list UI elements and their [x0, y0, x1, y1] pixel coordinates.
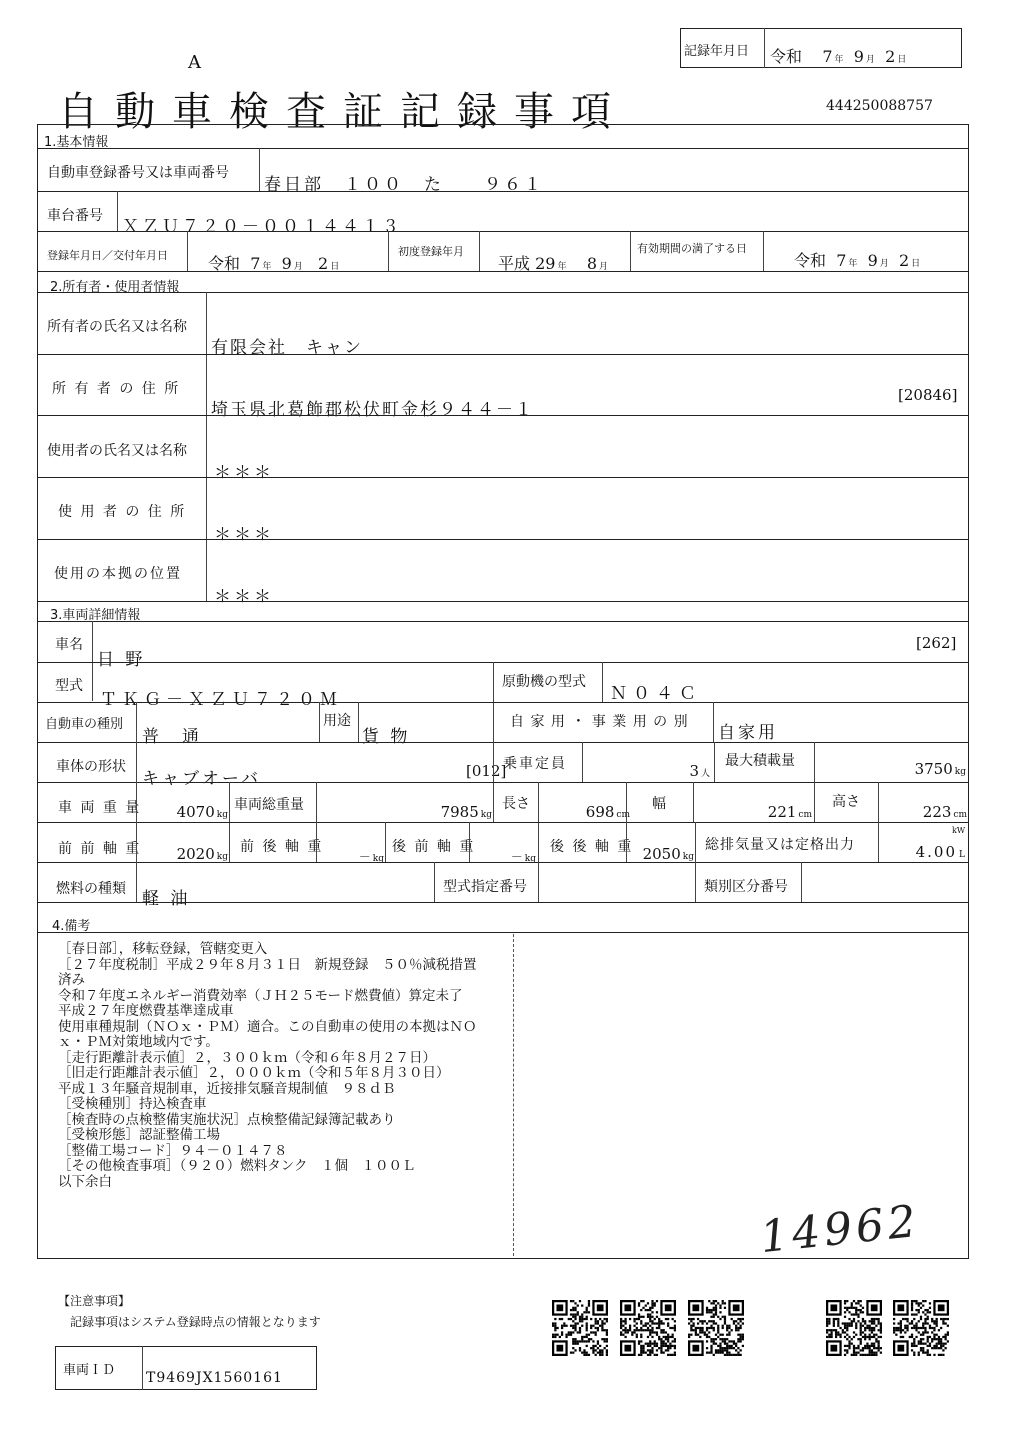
rear-rear-axle-label: 後 後 軸 重	[550, 836, 633, 856]
remarks-line: ［受検形態］認証整備工場	[58, 1128, 518, 1144]
qr-code-2	[620, 1299, 676, 1357]
user-name-label: 使用者の氏名又は名称	[47, 440, 187, 460]
owner-name-label: 所有者の氏名又は名称	[47, 316, 187, 336]
rear-rear-axle-value: 2050kg	[628, 845, 694, 863]
chassis-value: ＸＺＵ７２０－００１４４１３	[122, 212, 402, 237]
gross-weight-label: 車両総重量	[234, 794, 304, 814]
max-load-value: 3750kg	[820, 760, 966, 778]
engine-label: 原動機の型式	[502, 671, 586, 691]
remarks-line: 以下余白	[58, 1175, 518, 1191]
use-label: 用途	[323, 710, 351, 730]
front-rear-axle-label: 前 後 軸 重	[240, 836, 323, 856]
displacement-value: 4.00L	[880, 843, 967, 861]
form-letter: A	[188, 52, 201, 73]
front-front-axle-value: 2020kg	[140, 845, 228, 863]
gross-weight-value: 7985kg	[320, 803, 492, 821]
private-business-label: 自 家 用 ・ 事 業 用 の 別	[510, 711, 689, 731]
remarks-list: ［春日部］，移転登録，管轄変更入［２７年度税制］平成２９年８月３１日 新規登録 …	[58, 942, 518, 1190]
base-location-value: ＊＊＊	[214, 582, 274, 607]
remarks-line: ［整備工場コード］９４－０１４７８	[58, 1144, 518, 1160]
chassis-label: 車台番号	[47, 205, 103, 225]
remarks-line: ［春日部］，移転登録，管轄変更入	[58, 942, 518, 958]
record-date-value: 令和 7年 9月 2日	[770, 44, 906, 67]
user-address-label: 使 用 者 の 住 所	[58, 501, 186, 521]
width-label: 幅	[652, 793, 666, 813]
qr-code-3	[688, 1299, 744, 1357]
remarks-line: 平成２７年度燃費基準達成車	[58, 1004, 518, 1020]
plate-label: 自動車登録番号又は車両番号	[47, 162, 229, 182]
rear-front-axle-label: 後 前 軸 重	[392, 836, 475, 856]
engine-value: Ｎ０４Ｃ	[610, 679, 702, 704]
owner-address-label: 所 有 者 の 住 所	[52, 378, 180, 398]
class-number-label: 類別区分番号	[704, 876, 788, 896]
vehicle-id-value: T9469JX1560161	[146, 1370, 283, 1386]
private-business-value: 自家用	[718, 718, 778, 743]
category-value: 普 通	[142, 722, 202, 747]
capacity-value: 3人	[600, 762, 710, 780]
kw-unit: kW	[952, 826, 965, 835]
remarks-line: ［その他検査事項］（９２０）燃料タンク １個 １００Ｌ	[58, 1159, 518, 1175]
fuel-label: 燃料の種類	[56, 878, 126, 898]
displacement-label: 総排気量又は定格出力	[705, 834, 855, 854]
type-designation-label: 型式指定番号	[443, 876, 527, 896]
first-reg-label: 初度登録年月	[398, 243, 464, 259]
length-label: 長さ	[502, 793, 530, 813]
vehicle-weight-value: 4070kg	[140, 803, 228, 821]
remarks-line: 済み	[58, 973, 518, 989]
height-label: 高さ	[832, 791, 860, 811]
notice-heading: 【注意事項】	[58, 1292, 130, 1309]
fuel-value: 軽 油	[142, 884, 190, 909]
qr-code-5	[893, 1299, 949, 1357]
expiry-value: 令和 7年 9月 2日	[794, 248, 920, 271]
owner-address-code: [20846]	[898, 386, 957, 404]
remarks-line: ［２７年度税制］平成２９年８月３１日 新規登録 ５０％減税措置	[58, 958, 518, 974]
body-shape-code: [012]	[466, 762, 506, 780]
remarks-line: ［受検種別］持込検査車	[58, 1097, 518, 1113]
qr-code-1	[552, 1299, 608, 1357]
vehicle-name-value: 日 野	[97, 645, 145, 670]
remarks-line: ［検査時の点検整備実施状況］点検整備記録簿記載あり	[58, 1113, 518, 1129]
user-address-value: ＊＊＊	[214, 520, 274, 545]
use-value: 貨 物	[362, 722, 410, 747]
vehicle-name-code: [262]	[916, 634, 956, 652]
base-location-label: 使用の本拠の位置	[54, 563, 182, 583]
body-shape-value: キャブオーバ	[142, 764, 261, 789]
qr-code-4	[826, 1299, 882, 1357]
owner-address-value: 埼玉県北葛飾郡松伏町金杉９４４－１	[211, 395, 534, 420]
remarks-line: ｘ・ＰＭ対策地域内です。	[58, 1035, 518, 1051]
expiry-label: 有効期間の満了する日	[637, 240, 747, 256]
front-front-axle-label: 前 前 軸 重	[58, 838, 141, 858]
remarks-line: ［旧走行距離計表示値］２，０００ｋｍ（令和５年８月３０日）	[58, 1066, 518, 1082]
capacity-label: 乗車定員	[503, 753, 567, 773]
remarks-line: ［走行距離計表示値］２，３００ｋｍ（令和６年８月２７日）	[58, 1051, 518, 1067]
reg-date-label: 登録年月日／交付年月日	[47, 247, 168, 263]
remarks-line: 使用車種規制（ＮＯｘ・ＰＭ）適合。この自動車の使用の本拠はＮＯ	[58, 1020, 518, 1036]
vehicle-id-label: 車両ＩＤ	[63, 1359, 115, 1378]
length-value: 698cm	[540, 803, 630, 821]
max-load-label: 最大積載量	[725, 750, 795, 770]
vehicle-weight-label: 車 両 重 量	[58, 797, 141, 817]
record-date-label: 記録年月日	[684, 40, 749, 59]
category-label: 自動車の種別	[45, 713, 123, 732]
remarks-line: 令和７年度エネルギー消費効率（ＪＨ２５モード燃費値）算定未了	[58, 989, 518, 1005]
width-value: 221cm	[700, 803, 812, 821]
height-value: 223cm	[880, 803, 967, 821]
notice-text: 記録事項はシステム登録時点の情報となります	[70, 1313, 321, 1330]
body-shape-label: 車体の形状	[56, 756, 126, 776]
remarks-line: 平成１３年騒音規制車，近接排気騒音規制値 ９８ｄＢ	[58, 1082, 518, 1098]
model-label: 型式	[55, 675, 83, 695]
user-name-value: ＊＊＊	[214, 458, 274, 483]
document-number: 444250088757	[826, 98, 933, 114]
vehicle-name-label: 車名	[55, 634, 83, 654]
